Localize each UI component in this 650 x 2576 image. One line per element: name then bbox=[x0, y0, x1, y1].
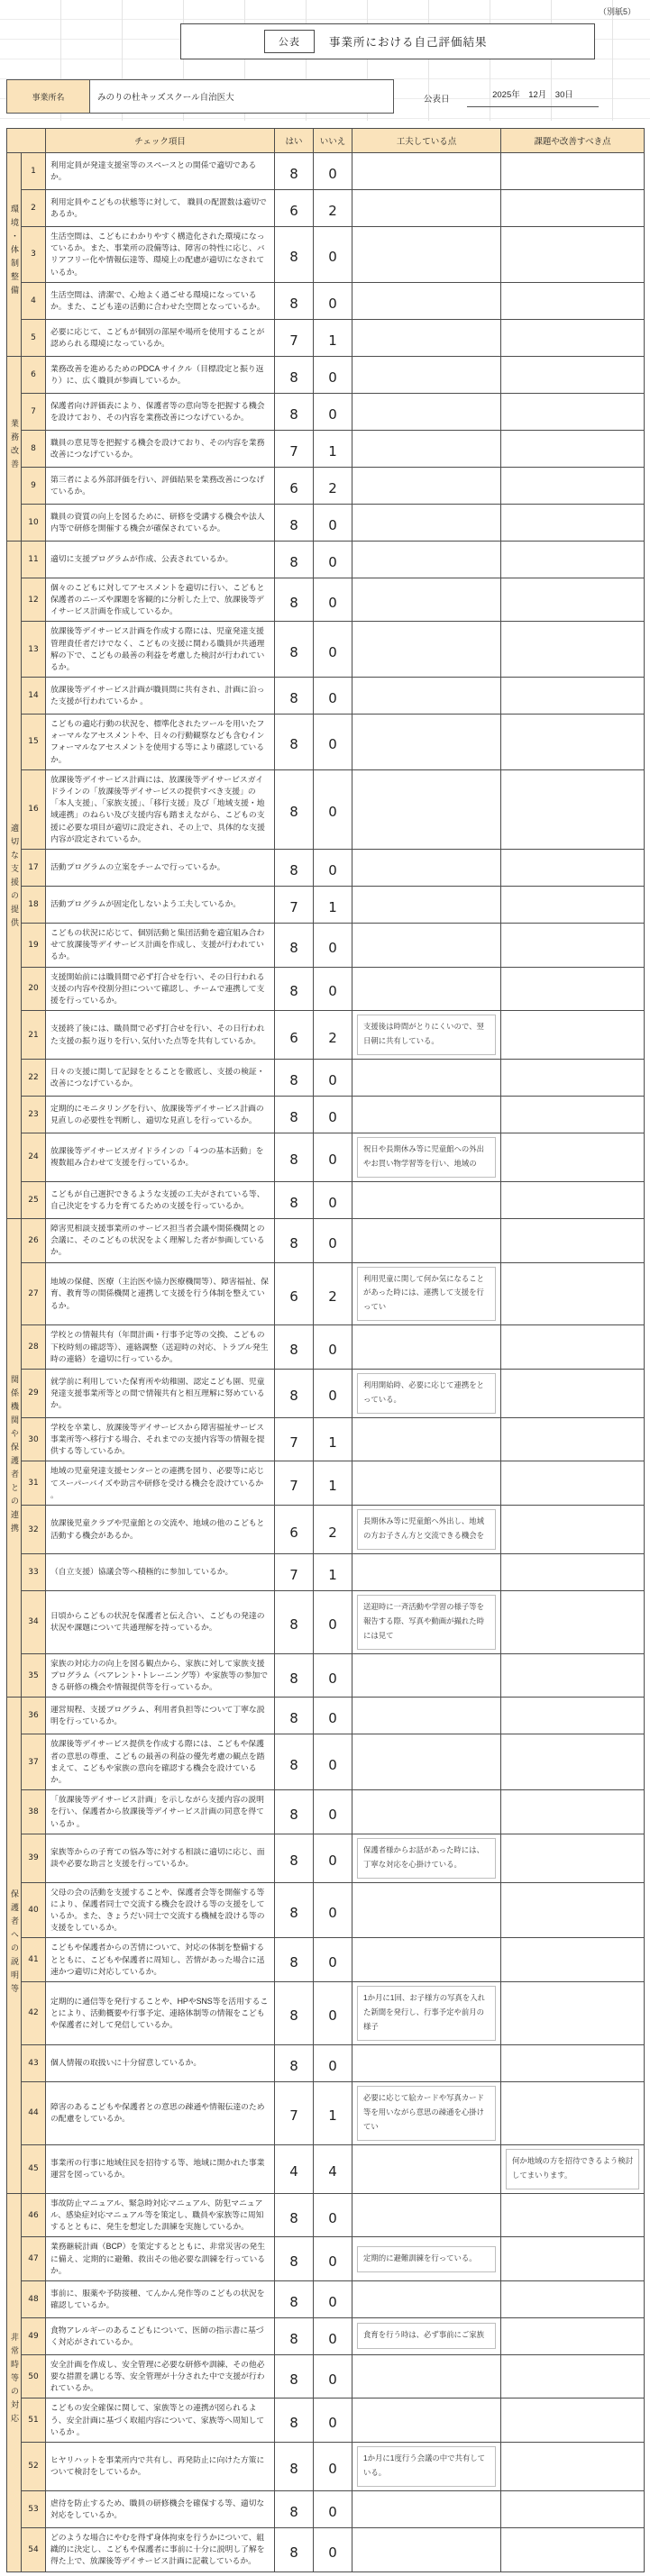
row-number: 13 bbox=[22, 622, 46, 678]
yes-count: 8 bbox=[275, 153, 314, 190]
issue-point-cell bbox=[501, 1834, 645, 1882]
devised-point-comment: 必要に応じて絵カードや写真カード等を用いながら意思の疎通を心掛けてい bbox=[357, 2086, 496, 2141]
no-count: 0 bbox=[314, 1734, 352, 1790]
no-count: 0 bbox=[314, 923, 352, 967]
table-row: 4生活空間は、清潔で、心地よく過ごせる環境になっているか。また、こども達の活動に… bbox=[7, 282, 645, 319]
no-count: 0 bbox=[314, 622, 352, 678]
issue-point-cell bbox=[501, 1369, 645, 1417]
table-row: 環境・体制整備1利用定員が発達支援室等のスペースとの関係で適切であるか。80 bbox=[7, 153, 645, 190]
table-row: 12個々のこどもに対してアセスメントを適切に行い、こどもと保護者のニーズや課題を… bbox=[7, 578, 645, 622]
no-count: 0 bbox=[314, 504, 352, 541]
check-item-text: 利用定員が発達支援室等のスペースとの関係で適切であるか。 bbox=[46, 153, 275, 190]
check-item-text: 安全計画を作成し、安全管理に必要な研修や訓練、その他必要な措置を講じる等、安全管… bbox=[46, 2354, 275, 2399]
issue-point-cell bbox=[501, 2044, 645, 2081]
issue-point-cell bbox=[501, 319, 645, 356]
devised-point-cell: 1か月に1回、お子様方の写真を入れた新聞を発行し、行事予定や前月の様子 bbox=[352, 1982, 501, 2045]
row-number: 48 bbox=[22, 2280, 46, 2317]
devised-point-cell bbox=[352, 886, 501, 923]
header-no: いいえ bbox=[314, 129, 352, 153]
table-row: 10職員の資質の向上を図るために、研修を受講する機会や法人内等で研修を開催する機… bbox=[7, 504, 645, 541]
table-row: 47業務継続計画（BCP）を策定するとともに、非常災害の発生に備え、定期的に避難… bbox=[7, 2237, 645, 2281]
yes-count: 8 bbox=[275, 578, 314, 622]
row-number: 31 bbox=[22, 1461, 46, 1506]
issue-point-cell bbox=[501, 578, 645, 622]
table-row: 52ヒヤリハットを事業所内で共有し、再発防止に向けた方策について検討をしているか… bbox=[7, 2443, 645, 2491]
row-number: 36 bbox=[22, 1698, 46, 1734]
check-item-text: こどもが自己選択できるような支援の工夫がされている等、自己決定をする力を育てるた… bbox=[46, 1181, 275, 1218]
no-count: 0 bbox=[314, 1882, 352, 1938]
issue-point-cell bbox=[501, 1417, 645, 1461]
check-item-text: 放課後等デイサービスガイドラインの「４つの基本活動」を複数組み合わせて支援を行っ… bbox=[46, 1133, 275, 1182]
self-evaluation-table: チェック項目 はい いいえ 工夫している点 課題や改善すべき点 環境・体制整備1… bbox=[6, 128, 645, 2572]
yes-count: 8 bbox=[275, 967, 314, 1011]
check-item-text: 障害のあるこどもや保護者との意思の疎通や情報伝達のための配慮をしているか。 bbox=[46, 2081, 275, 2144]
row-number: 37 bbox=[22, 1734, 46, 1790]
row-number: 16 bbox=[22, 769, 46, 849]
devised-point-cell bbox=[352, 2354, 501, 2399]
check-item-text: 第三者による外部評価を行い、評価結果を業務改善につなげているか。 bbox=[46, 467, 275, 504]
issue-point-cell bbox=[501, 967, 645, 1011]
row-number: 51 bbox=[22, 2399, 46, 2443]
yes-count: 8 bbox=[275, 282, 314, 319]
check-item-text: 活動プログラムの立案をチームで行っているか。 bbox=[46, 849, 275, 886]
issue-point-cell bbox=[501, 849, 645, 886]
row-number: 2 bbox=[22, 190, 46, 227]
devised-point-cell bbox=[352, 2490, 501, 2527]
check-item-text: 職員の意見等を把握する機会を設けており、その内容を業務改善につなげているか。 bbox=[46, 430, 275, 467]
no-count: 1 bbox=[314, 1553, 352, 1590]
row-number: 3 bbox=[22, 227, 46, 283]
row-number: 49 bbox=[22, 2317, 46, 2354]
issue-point-cell bbox=[501, 1790, 645, 1834]
issue-point-cell bbox=[501, 1262, 645, 1325]
devised-point-cell bbox=[352, 622, 501, 678]
table-row: 32放課後児童クラブや児童館との交流や、地域の他のこどもと活動する機会があるか。… bbox=[7, 1506, 645, 1554]
devised-point-cell bbox=[352, 282, 501, 319]
table-row: 8職員の意見等を把握する機会を設けており、その内容を業務改善につなげているか。7… bbox=[7, 430, 645, 467]
devised-point-cell bbox=[352, 319, 501, 356]
publication-stamp: 公表 bbox=[264, 30, 315, 53]
table-row: 53虐待を防止するため、職員の研修機会を確保する等、適切な対応をしているか。80 bbox=[7, 2490, 645, 2527]
check-item-text: 就学前に利用していた保育所や幼稚園、認定こども園、児童発達支援事業所等との間で情… bbox=[46, 1369, 275, 1417]
devised-point-cell bbox=[352, 1882, 501, 1938]
row-number: 6 bbox=[22, 356, 46, 393]
category-label: 環境・体制整備 bbox=[10, 205, 18, 299]
category-cell: 保護者への説明等 bbox=[7, 1698, 22, 2193]
no-count: 0 bbox=[314, 1590, 352, 1653]
row-number: 42 bbox=[22, 1982, 46, 2045]
check-item-text: こどもの安全確保に関して、家族等との連携が図られるよう、安全計画に基づく取組内容… bbox=[46, 2399, 275, 2443]
devised-point-comment: 保護者様からお話があった時には、丁寧な対応を心掛けている。 bbox=[357, 1838, 496, 1879]
check-item-text: 生活空間は、清潔で、心地よく過ごせる環境になっているか。また、こども達の活動に合… bbox=[46, 282, 275, 319]
yes-count: 8 bbox=[275, 2044, 314, 2081]
yes-count: 8 bbox=[275, 923, 314, 967]
issue-point-cell bbox=[501, 2399, 645, 2443]
no-count: 0 bbox=[314, 1325, 352, 1370]
no-count: 0 bbox=[314, 578, 352, 622]
devised-point-cell bbox=[352, 1553, 501, 1590]
no-count: 0 bbox=[314, 1834, 352, 1882]
row-number: 47 bbox=[22, 2237, 46, 2281]
no-count: 2 bbox=[314, 1011, 352, 1060]
table-row: 13放課後等デイサービス計画を作成する際には、児童発達支援管理責任者だけでなく、… bbox=[7, 622, 645, 678]
devised-point-cell: 利用開始時、必要に応じて連携をとっている。 bbox=[352, 1369, 501, 1417]
devised-point-cell bbox=[352, 1218, 501, 1262]
yes-count: 8 bbox=[275, 2193, 314, 2237]
category-label: 非常時等の対応 bbox=[10, 2333, 18, 2427]
no-count: 1 bbox=[314, 886, 352, 923]
table-row: 35家族の対応力の向上を図る観点から、家族に対して家族支援プログラム（ペアレント… bbox=[7, 1653, 645, 1698]
devised-point-cell bbox=[352, 541, 501, 578]
check-item-text: 適切に支援プログラムが作成、公表されているか。 bbox=[46, 541, 275, 578]
no-count: 0 bbox=[314, 1060, 352, 1097]
row-number: 40 bbox=[22, 1882, 46, 1938]
yes-count: 8 bbox=[275, 1325, 314, 1370]
devised-point-cell: 保護者様からお話があった時には、丁寧な対応を心掛けている。 bbox=[352, 1834, 501, 1882]
yes-count: 7 bbox=[275, 430, 314, 467]
no-count: 0 bbox=[314, 2317, 352, 2354]
issue-point-cell bbox=[501, 1011, 645, 1060]
row-number: 7 bbox=[22, 393, 46, 430]
row-number: 46 bbox=[22, 2193, 46, 2237]
row-number: 32 bbox=[22, 1506, 46, 1554]
yes-count: 8 bbox=[275, 2527, 314, 2571]
devised-point-cell: 長期休み等に児童館へ外出し、地域の方お子さん方と交流できる機会を bbox=[352, 1506, 501, 1554]
category-label: 適切な支援の提供 bbox=[10, 824, 18, 932]
table-row: 25こどもが自己選択できるような支援の工夫がされている等、自己決定をする力を育て… bbox=[7, 1181, 645, 1218]
row-number: 20 bbox=[22, 967, 46, 1011]
row-number: 34 bbox=[22, 1590, 46, 1653]
table-row: 15こどもの適応行動の状況を、標準化されたツールを用いたフォーマルなアセスメント… bbox=[7, 715, 645, 770]
devised-point-comment: 1か月に1回、お子様方の写真を入れた新聞を発行し、行事予定や前月の様子 bbox=[357, 1986, 496, 2041]
yes-count: 7 bbox=[275, 319, 314, 356]
category-label: 保護者への説明等 bbox=[10, 1889, 18, 1998]
category-cell: 環境・体制整備 bbox=[7, 153, 22, 357]
issue-point-cell bbox=[501, 393, 645, 430]
issue-point-cell bbox=[501, 541, 645, 578]
issue-point-cell bbox=[501, 2237, 645, 2281]
check-item-text: 学校との情報共有（年間計画・行事予定等の交換、こどもの下校時刻の確認等）、連絡調… bbox=[46, 1325, 275, 1370]
issue-point-cell bbox=[501, 886, 645, 923]
table-row: 41こどもや保護者からの苦情について、対応の体制を整備するとともに、こどもや保護… bbox=[7, 1938, 645, 1982]
devised-point-cell bbox=[352, 190, 501, 227]
devised-point-cell bbox=[352, 578, 501, 622]
no-count: 0 bbox=[314, 356, 352, 393]
table-row: 2利用定員やこどもの状態等に対して、 職員の配置数は適切であるか。62 bbox=[7, 190, 645, 227]
issue-point-cell bbox=[501, 227, 645, 283]
devised-point-cell: 支援後は時間がとりにくいので、翌日朝に共有している。 bbox=[352, 1011, 501, 1060]
table-row: 3生活空間は、こどもにわかりやすく構造化された環境になっているか。また、事業所の… bbox=[7, 227, 645, 283]
devised-point-cell bbox=[352, 393, 501, 430]
row-number: 33 bbox=[22, 1553, 46, 1590]
yes-count: 8 bbox=[275, 1181, 314, 1218]
table-row: 51こどもの安全確保に関して、家族等との連携が図られるよう、安全計画に基づく取組… bbox=[7, 2399, 645, 2443]
issue-point-cell bbox=[501, 1653, 645, 1698]
no-count: 0 bbox=[314, 2399, 352, 2443]
issue-point-cell bbox=[501, 2193, 645, 2237]
table-row: 14放課後等デイサービス計画が職員間に共有され、計画に沿った支援が行われているか… bbox=[7, 678, 645, 715]
yes-count: 7 bbox=[275, 886, 314, 923]
table-row: 23定期的にモニタリングを行い、放課後等デイサービス計画の見直しの必要性を判断し… bbox=[7, 1097, 645, 1133]
row-number: 15 bbox=[22, 715, 46, 770]
check-item-text: 学校を卒業し、放課後等デイサービスから障害福祉サービス事業所等へ移行する場合、そ… bbox=[46, 1417, 275, 1461]
check-item-text: 放課後等デイサービス計画には、放課後等デイサービスガイドラインの「放課後等デイサ… bbox=[46, 769, 275, 849]
row-number: 9 bbox=[22, 467, 46, 504]
row-number: 21 bbox=[22, 1011, 46, 1060]
table-row: 38「放課後等デイサービス計画」を示しながら支援内容の説明を行い、保護者から放課… bbox=[7, 1790, 645, 1834]
category-cell: 適切な支援の提供 bbox=[7, 541, 22, 1218]
devised-point-cell bbox=[352, 227, 501, 283]
yes-count: 8 bbox=[275, 393, 314, 430]
check-item-text: 職員の資質の向上を図るために、研修を受講する機会や法人内等で研修を開催する機会が… bbox=[46, 504, 275, 541]
yes-count: 8 bbox=[275, 622, 314, 678]
devised-point-cell bbox=[352, 2280, 501, 2317]
no-count: 2 bbox=[314, 1506, 352, 1554]
row-number: 19 bbox=[22, 923, 46, 967]
header-check-item: チェック項目 bbox=[46, 129, 275, 153]
check-item-text: 放課後等デイサービス計画が職員間に共有され、計画に沿った支援が行われているか 。 bbox=[46, 678, 275, 715]
table-row: 54どのような場合にやむを得ず身体拘束を行うかについて、組織的に決定し、こどもや… bbox=[7, 2527, 645, 2571]
issue-point-cell bbox=[501, 190, 645, 227]
no-count: 0 bbox=[314, 2443, 352, 2491]
yes-count: 8 bbox=[275, 1590, 314, 1653]
check-item-text: 業務継続計画（BCP）を策定するとともに、非常災害の発生に備え、定期的に避難、救… bbox=[46, 2237, 275, 2281]
no-count: 0 bbox=[314, 769, 352, 849]
row-number: 35 bbox=[22, 1653, 46, 1698]
devised-point-cell bbox=[352, 504, 501, 541]
sheet-header-area: （別紙5） 公表 事業所における自己評価結果 事業所名 みのりの杜キッズスクール… bbox=[0, 0, 650, 121]
devised-point-cell bbox=[352, 967, 501, 1011]
no-count: 0 bbox=[314, 2527, 352, 2571]
no-count: 0 bbox=[314, 1181, 352, 1218]
no-count: 0 bbox=[314, 1097, 352, 1133]
table-row: 5必要に応じて、こどもが個別の部屋や場所を使用することが認められる環境になってい… bbox=[7, 319, 645, 356]
table-row: 18活動プログラムが固定化しないよう工夫しているか。71 bbox=[7, 886, 645, 923]
no-count: 0 bbox=[314, 2490, 352, 2527]
page-title: 事業所における自己評価結果 bbox=[329, 33, 488, 50]
no-count: 4 bbox=[314, 2144, 352, 2193]
row-number: 29 bbox=[22, 1369, 46, 1417]
table-row: 17活動プログラムの立案をチームで行っているか。80 bbox=[7, 849, 645, 886]
devised-point-cell bbox=[352, 153, 501, 190]
table-header-row: チェック項目 はい いいえ 工夫している点 課題や改善すべき点 bbox=[7, 129, 645, 153]
yes-count: 8 bbox=[275, 715, 314, 770]
issue-point-cell bbox=[501, 1181, 645, 1218]
issue-point-cell bbox=[501, 769, 645, 849]
publish-date-value: 2025年 12月 30日 bbox=[467, 87, 599, 107]
issue-point-cell bbox=[501, 1982, 645, 2045]
no-count: 1 bbox=[314, 2081, 352, 2144]
devised-point-comment: 1か月に1度行う会議の中で共有している。 bbox=[357, 2446, 496, 2487]
table-row: 29就学前に利用していた保育所や幼稚園、認定こども園、児童発達支援事業所等との間… bbox=[7, 1369, 645, 1417]
devised-point-cell bbox=[352, 2044, 501, 2081]
devised-point-comment: 利用児童に関して何か気になることがあった時には、連携して支援を行ってい bbox=[357, 1267, 496, 1322]
check-item-text: 「放課後等デイサービス計画」を示しながら支援内容の説明を行い、保護者から放課後等… bbox=[46, 1790, 275, 1834]
table-row: 7保護者向け評価表により、保護者等の意向等を把握する機会を設けており、その内容を… bbox=[7, 393, 645, 430]
no-count: 0 bbox=[314, 2280, 352, 2317]
row-number: 50 bbox=[22, 2354, 46, 2399]
check-item-text: 事前に、服薬や予防接種、てんかん発作等のこどもの状況を確認しているか。 bbox=[46, 2280, 275, 2317]
check-item-text: 定期的にモニタリングを行い、放課後等デイサービス計画の見直しの必要性を判断し、適… bbox=[46, 1097, 275, 1133]
no-count: 1 bbox=[314, 1461, 352, 1506]
check-item-text: 地域の児童発達支援センターとの連携を図り、必要等に応じてスーパーバイズや助言や研… bbox=[46, 1461, 275, 1506]
issue-point-cell bbox=[501, 1590, 645, 1653]
devised-point-cell: 1か月に1度行う会議の中で共有している。 bbox=[352, 2443, 501, 2491]
check-item-text: 地域の保健、医療（主治医や協力医療機関等）、障害福祉、保育、教育等の関係機関と連… bbox=[46, 1262, 275, 1325]
issue-point-comment: 何か地域の方を招待できるよう検討してまいります。 bbox=[506, 2149, 639, 2189]
no-count: 0 bbox=[314, 1982, 352, 2045]
row-number: 26 bbox=[22, 1218, 46, 1262]
category-label: 業務改善 bbox=[10, 419, 18, 473]
issue-point-cell bbox=[501, 467, 645, 504]
check-item-text: 保護者向け評価表により、保護者等の意向等を把握する機会を設けており、その内容を業… bbox=[46, 393, 275, 430]
devised-point-cell bbox=[352, 2144, 501, 2193]
devised-point-cell bbox=[352, 715, 501, 770]
issue-point-cell bbox=[501, 1553, 645, 1590]
yes-count: 8 bbox=[275, 2317, 314, 2354]
table-row: 50安全計画を作成し、安全管理に必要な研修や訓練、その他必要な措置を講じる等、安… bbox=[7, 2354, 645, 2399]
no-count: 0 bbox=[314, 678, 352, 715]
check-item-text: 事故防止マニュアル、緊急時対応マニュアル、防犯マニュアル、感染症対応マニュアル等… bbox=[46, 2193, 275, 2237]
no-count: 0 bbox=[314, 1698, 352, 1734]
no-count: 0 bbox=[314, 2044, 352, 2081]
yes-count: 8 bbox=[275, 1734, 314, 1790]
row-number: 44 bbox=[22, 2081, 46, 2144]
check-item-text: こどもの状況に応じて、個別活動と集団活動を適宜組み合わせて放課後等デイサービス計… bbox=[46, 923, 275, 967]
table-row: 保護者への説明等36運営規程、支援プログラム、利用者負担等について丁寧な説明を行… bbox=[7, 1698, 645, 1734]
check-item-text: 運営規程、支援プログラム、利用者負担等について丁寧な説明を行っているか。 bbox=[46, 1698, 275, 1734]
devised-point-cell bbox=[352, 923, 501, 967]
row-number: 38 bbox=[22, 1790, 46, 1834]
devised-point-comment: 送迎時に一斉活動や学習の様子等を報告する際、写真や動画が撮れた時には見て bbox=[357, 1595, 496, 1650]
check-item-text: 生活空間は、こどもにわかりやすく構造化された環境になっているか。また、事業所の設… bbox=[46, 227, 275, 283]
row-number: 39 bbox=[22, 1834, 46, 1882]
no-count: 0 bbox=[314, 1218, 352, 1262]
row-number: 41 bbox=[22, 1938, 46, 1982]
no-count: 0 bbox=[314, 282, 352, 319]
table-row: 48事前に、服薬や予防接種、てんかん発作等のこどもの状況を確認しているか。80 bbox=[7, 2280, 645, 2317]
check-item-text: 食物アレルギーのあるこどもについて、医師の指示書に基づく対応がされているか。 bbox=[46, 2317, 275, 2354]
check-item-text: 業務改善を進めるためのPDCA サイクル（目標設定と振り返り）に、広く職員が参画… bbox=[46, 356, 275, 393]
office-info-row: 事業所名 みのりの杜キッズスクール自治医大 公表日 2025年 12月 30日 bbox=[0, 79, 650, 121]
yes-count: 6 bbox=[275, 1506, 314, 1554]
title-box: 公表 事業所における自己評価結果 bbox=[180, 23, 595, 59]
yes-count: 8 bbox=[275, 2490, 314, 2527]
category-cell: 非常時等の対応 bbox=[7, 2193, 22, 2571]
no-count: 0 bbox=[314, 153, 352, 190]
devised-point-cell bbox=[352, 1734, 501, 1790]
devised-point-comment: 長期休み等に児童館へ外出し、地域の方お子さん方と交流できる機会を bbox=[357, 1509, 496, 1550]
yes-count: 6 bbox=[275, 1262, 314, 1325]
devised-point-comment: 定期的に避難訓練を行っている。 bbox=[357, 2246, 496, 2272]
no-count: 0 bbox=[314, 1790, 352, 1834]
yes-count: 7 bbox=[275, 2081, 314, 2144]
yes-count: 4 bbox=[275, 2144, 314, 2193]
yes-count: 8 bbox=[275, 1790, 314, 1834]
no-count: 1 bbox=[314, 1417, 352, 1461]
row-number: 17 bbox=[22, 849, 46, 886]
no-count: 0 bbox=[314, 715, 352, 770]
yes-count: 6 bbox=[275, 1011, 314, 1060]
check-item-text: 放課後等デイサービス計画を作成する際には、児童発達支援管理責任者だけでなく、こど… bbox=[46, 622, 275, 678]
check-item-text: 家族等からの子育ての悩み等に対する相談に適切に応じ、面談や必要な助言と支援を行っ… bbox=[46, 1834, 275, 1882]
row-number: 22 bbox=[22, 1060, 46, 1097]
row-number: 43 bbox=[22, 2044, 46, 2081]
devised-point-cell bbox=[352, 1325, 501, 1370]
devised-point-cell bbox=[352, 467, 501, 504]
office-name-box: 事業所名 みのりの杜キッズスクール自治医大 bbox=[6, 79, 394, 114]
devised-point-comment: 利用開始時、必要に応じて連携をとっている。 bbox=[357, 1373, 496, 1414]
header-devised-point: 工夫している点 bbox=[352, 129, 501, 153]
yes-count: 8 bbox=[275, 2443, 314, 2491]
header-category-spacer bbox=[7, 129, 46, 153]
devised-point-cell bbox=[352, 849, 501, 886]
devised-point-cell bbox=[352, 1417, 501, 1461]
devised-point-cell: 食育を行う時は、必ず事前にご家族 bbox=[352, 2317, 501, 2354]
devised-point-cell bbox=[352, 2193, 501, 2237]
corner-note: （別紙5） bbox=[0, 0, 650, 17]
yes-count: 8 bbox=[275, 849, 314, 886]
yes-count: 8 bbox=[275, 1653, 314, 1698]
check-item-text: 事業所の行事に地域住民を招待する等、地域に開かれた事業運営を図っているか。 bbox=[46, 2144, 275, 2193]
row-number: 18 bbox=[22, 886, 46, 923]
issue-point-cell bbox=[501, 622, 645, 678]
row-number: 52 bbox=[22, 2443, 46, 2491]
yes-count: 6 bbox=[275, 467, 314, 504]
check-item-text: 個々のこどもに対してアセスメントを適切に行い、こどもと保護者のニーズや課題を客観… bbox=[46, 578, 275, 622]
devised-point-cell bbox=[352, 1097, 501, 1133]
row-number: 24 bbox=[22, 1133, 46, 1182]
yes-count: 8 bbox=[275, 1133, 314, 1182]
yes-count: 8 bbox=[275, 1060, 314, 1097]
devised-point-cell: 定期的に避難訓練を行っている。 bbox=[352, 2237, 501, 2281]
check-item-text: 障害児相談支援事業所のサービス担当者会議や関係機関との会議に、そのこどもの状況を… bbox=[46, 1218, 275, 1262]
no-count: 0 bbox=[314, 2237, 352, 2281]
no-count: 0 bbox=[314, 541, 352, 578]
table-row: 非常時等の対応46事故防止マニュアル、緊急時対応マニュアル、防犯マニュアル、感染… bbox=[7, 2193, 645, 2237]
yes-count: 8 bbox=[275, 2237, 314, 2281]
devised-point-cell bbox=[352, 2527, 501, 2571]
devised-point-cell bbox=[352, 769, 501, 849]
row-number: 25 bbox=[22, 1181, 46, 1218]
issue-point-cell bbox=[501, 282, 645, 319]
no-count: 1 bbox=[314, 430, 352, 467]
yes-count: 7 bbox=[275, 1417, 314, 1461]
table-row: 43個人情報の取扱いに十分留意しているか。80 bbox=[7, 2044, 645, 2081]
row-number: 1 bbox=[22, 153, 46, 190]
evaluation-table-body: 環境・体制整備1利用定員が発達支援室等のスペースとの関係で適切であるか。802利… bbox=[7, 153, 645, 2572]
devised-point-cell: 送迎時に一斉活動や学習の様子等を報告する際、写真や動画が撮れた時には見て bbox=[352, 1590, 501, 1653]
check-item-text: 父母の会の活動を支援することや、保護者会等を開催する等により、保護者同士で交流す… bbox=[46, 1882, 275, 1938]
issue-point-cell bbox=[501, 153, 645, 190]
table-row: 31地域の児童発達支援センターとの連携を図り、必要等に応じてスーパーバイズや助言… bbox=[7, 1461, 645, 1506]
yes-count: 6 bbox=[275, 190, 314, 227]
header-issue-point: 課題や改善すべき点 bbox=[501, 129, 645, 153]
yes-count: 8 bbox=[275, 1698, 314, 1734]
issue-point-cell bbox=[501, 715, 645, 770]
no-count: 0 bbox=[314, 1133, 352, 1182]
check-item-text: 虐待を防止するため、職員の研修機会を確保する等、適切な対応をしているか。 bbox=[46, 2490, 275, 2527]
table-row: 適切な支援の提供11適切に支援プログラムが作成、公表されているか。80 bbox=[7, 541, 645, 578]
issue-point-cell bbox=[501, 2280, 645, 2317]
issue-point-cell bbox=[501, 1218, 645, 1262]
table-row: 45事業所の行事に地域住民を招待する等、地域に開かれた事業運営を図っているか。4… bbox=[7, 2144, 645, 2193]
no-count: 0 bbox=[314, 393, 352, 430]
devised-point-cell bbox=[352, 678, 501, 715]
check-item-text: 定期的に通信等を発行することや、HPやSNS等を活用することにより、活動概要や行… bbox=[46, 1982, 275, 2045]
yes-count: 8 bbox=[275, 2399, 314, 2443]
issue-point-cell bbox=[501, 430, 645, 467]
